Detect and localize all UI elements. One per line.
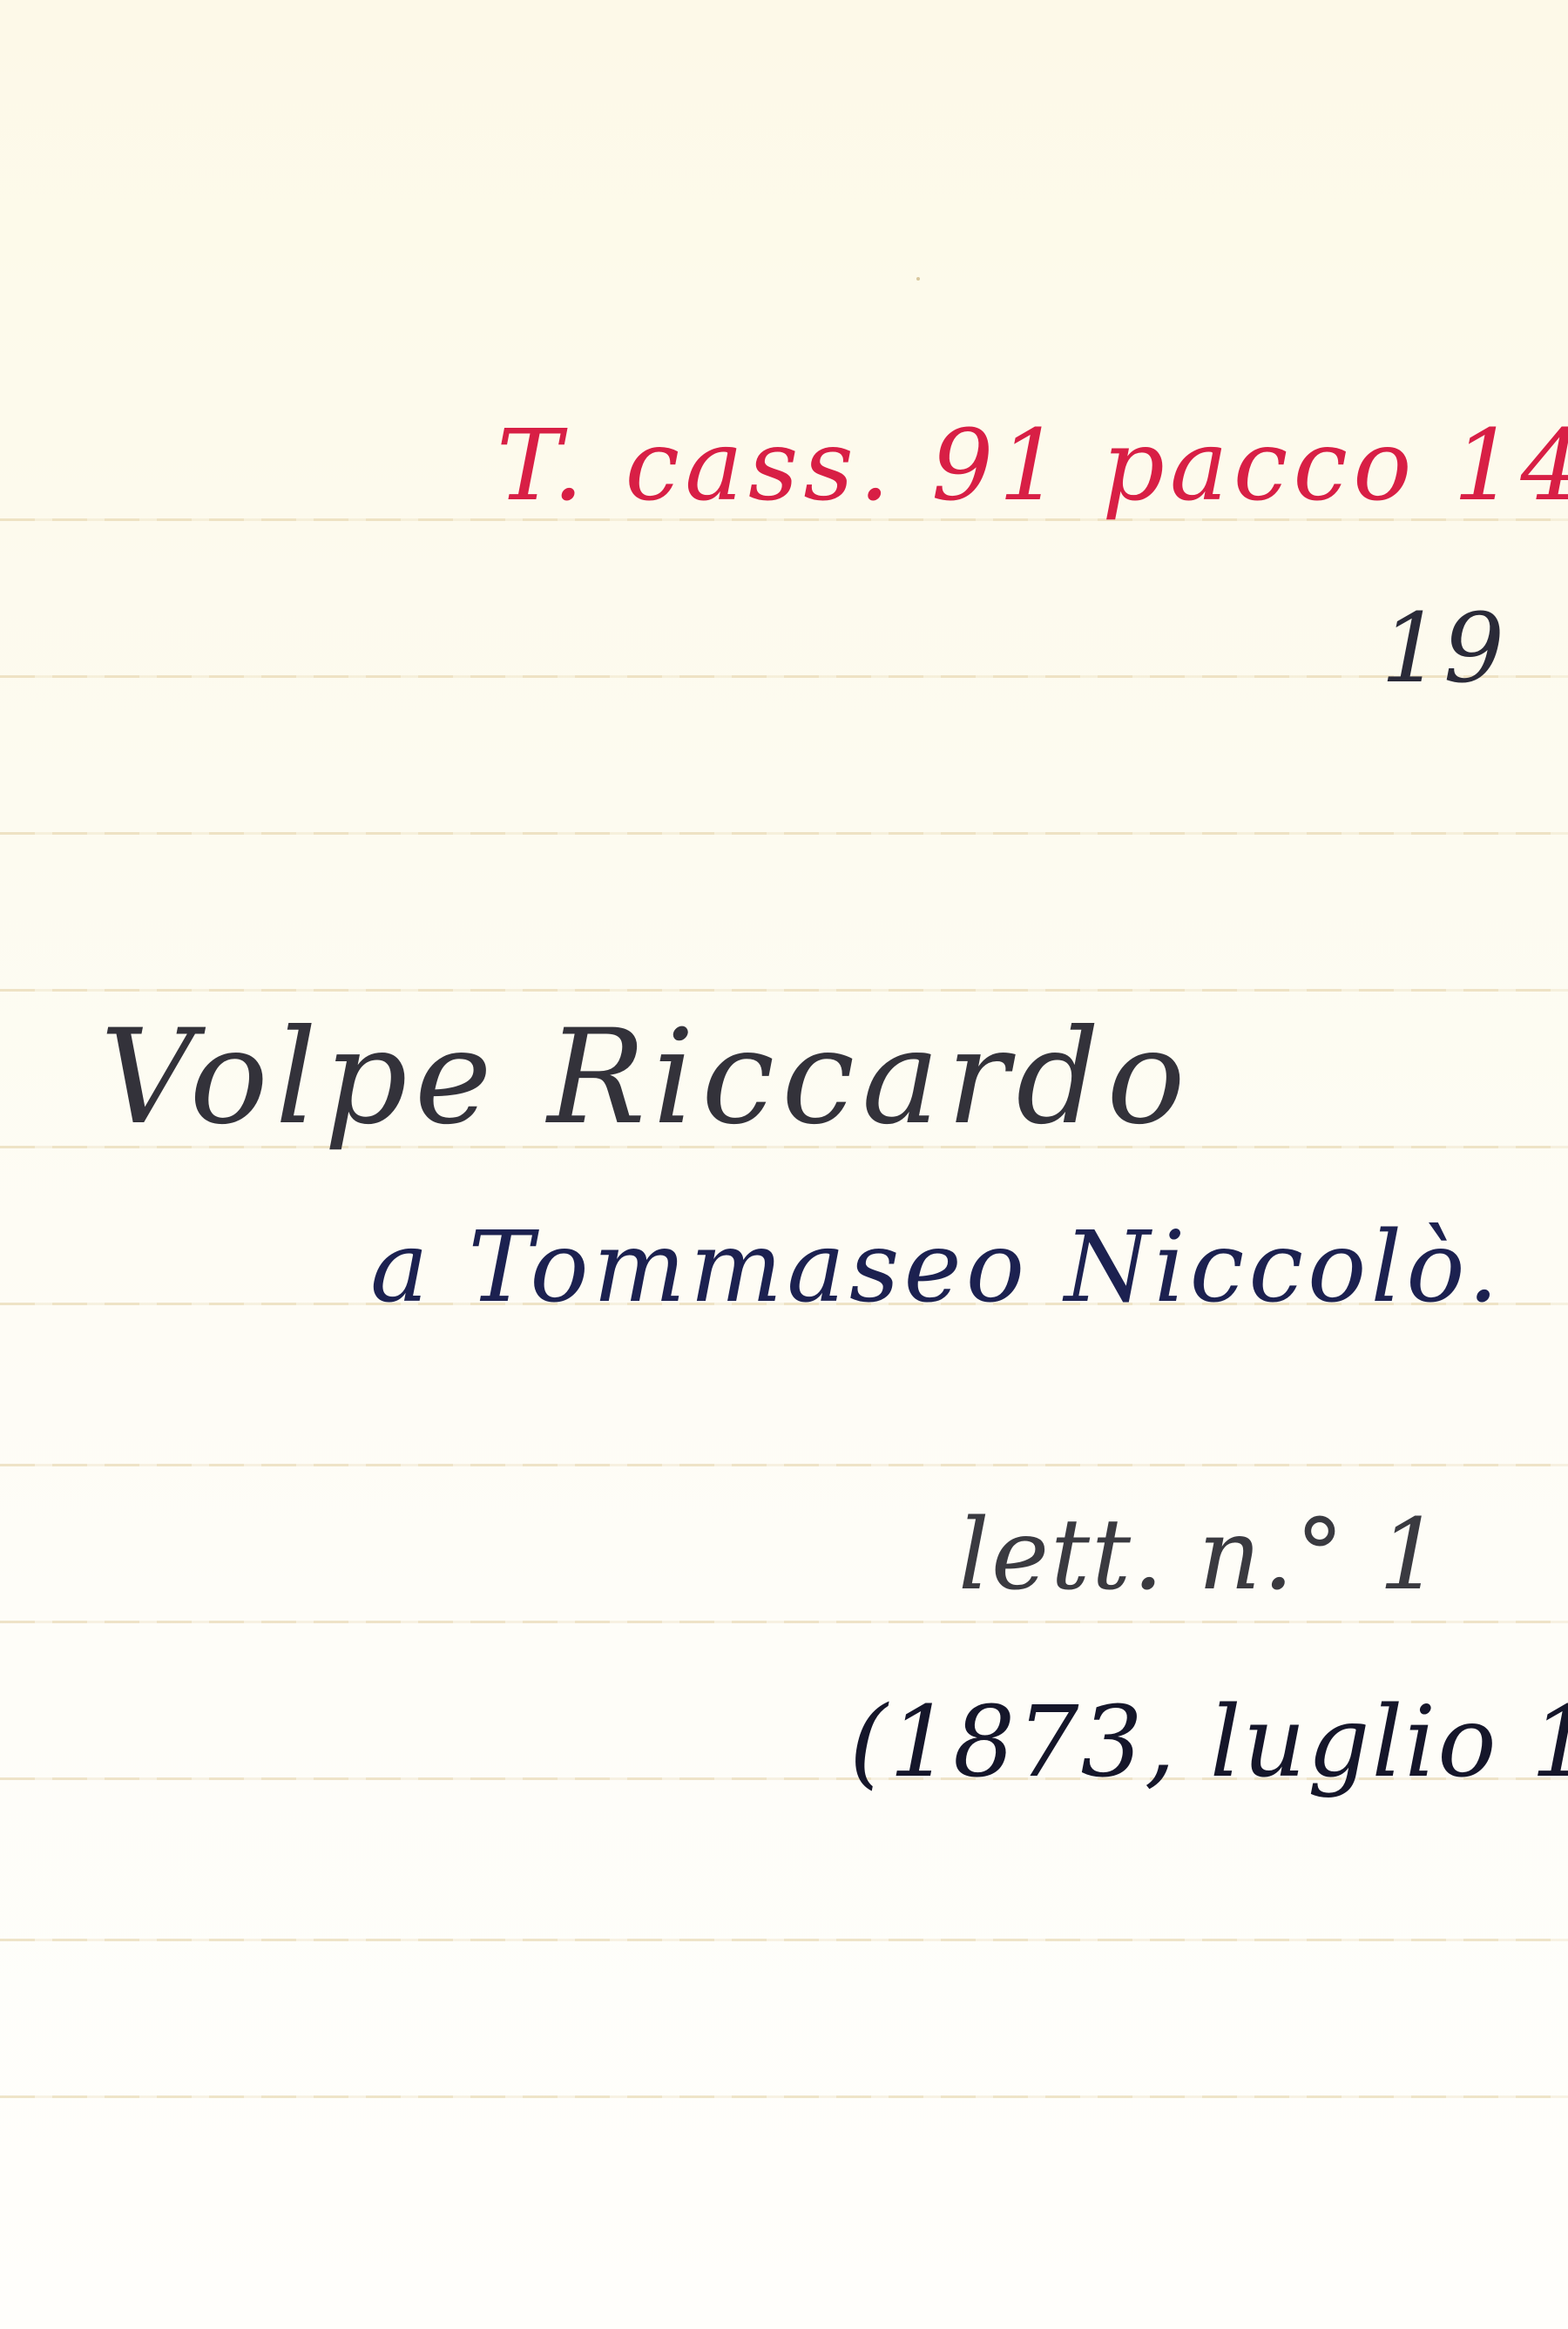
letter-date: (1873, luglio 14) bbox=[849, 1686, 1568, 1799]
ruled-line bbox=[0, 1621, 1568, 1623]
shelfmark: T. cass. 91 pacco 145. bbox=[497, 410, 1568, 523]
ruled-line bbox=[0, 2095, 1568, 2098]
item-number: 19 bbox=[1381, 592, 1506, 704]
ruled-line bbox=[0, 1939, 1568, 1941]
sender-name: Volpe Riccardo bbox=[100, 1002, 1193, 1154]
letter-count: lett. n.° 1 bbox=[958, 1499, 1443, 1612]
ruled-line bbox=[0, 1464, 1568, 1466]
ruled-line bbox=[0, 989, 1568, 992]
archive-index-card: T. cass. 91 pacco 145. 19 Volpe Riccardo… bbox=[0, 0, 1568, 2329]
ruled-line bbox=[0, 675, 1568, 678]
recipient-name: a Tommaseo Niccolò. bbox=[370, 1211, 1503, 1324]
ruled-line bbox=[0, 832, 1568, 835]
paper-speck bbox=[916, 277, 920, 281]
